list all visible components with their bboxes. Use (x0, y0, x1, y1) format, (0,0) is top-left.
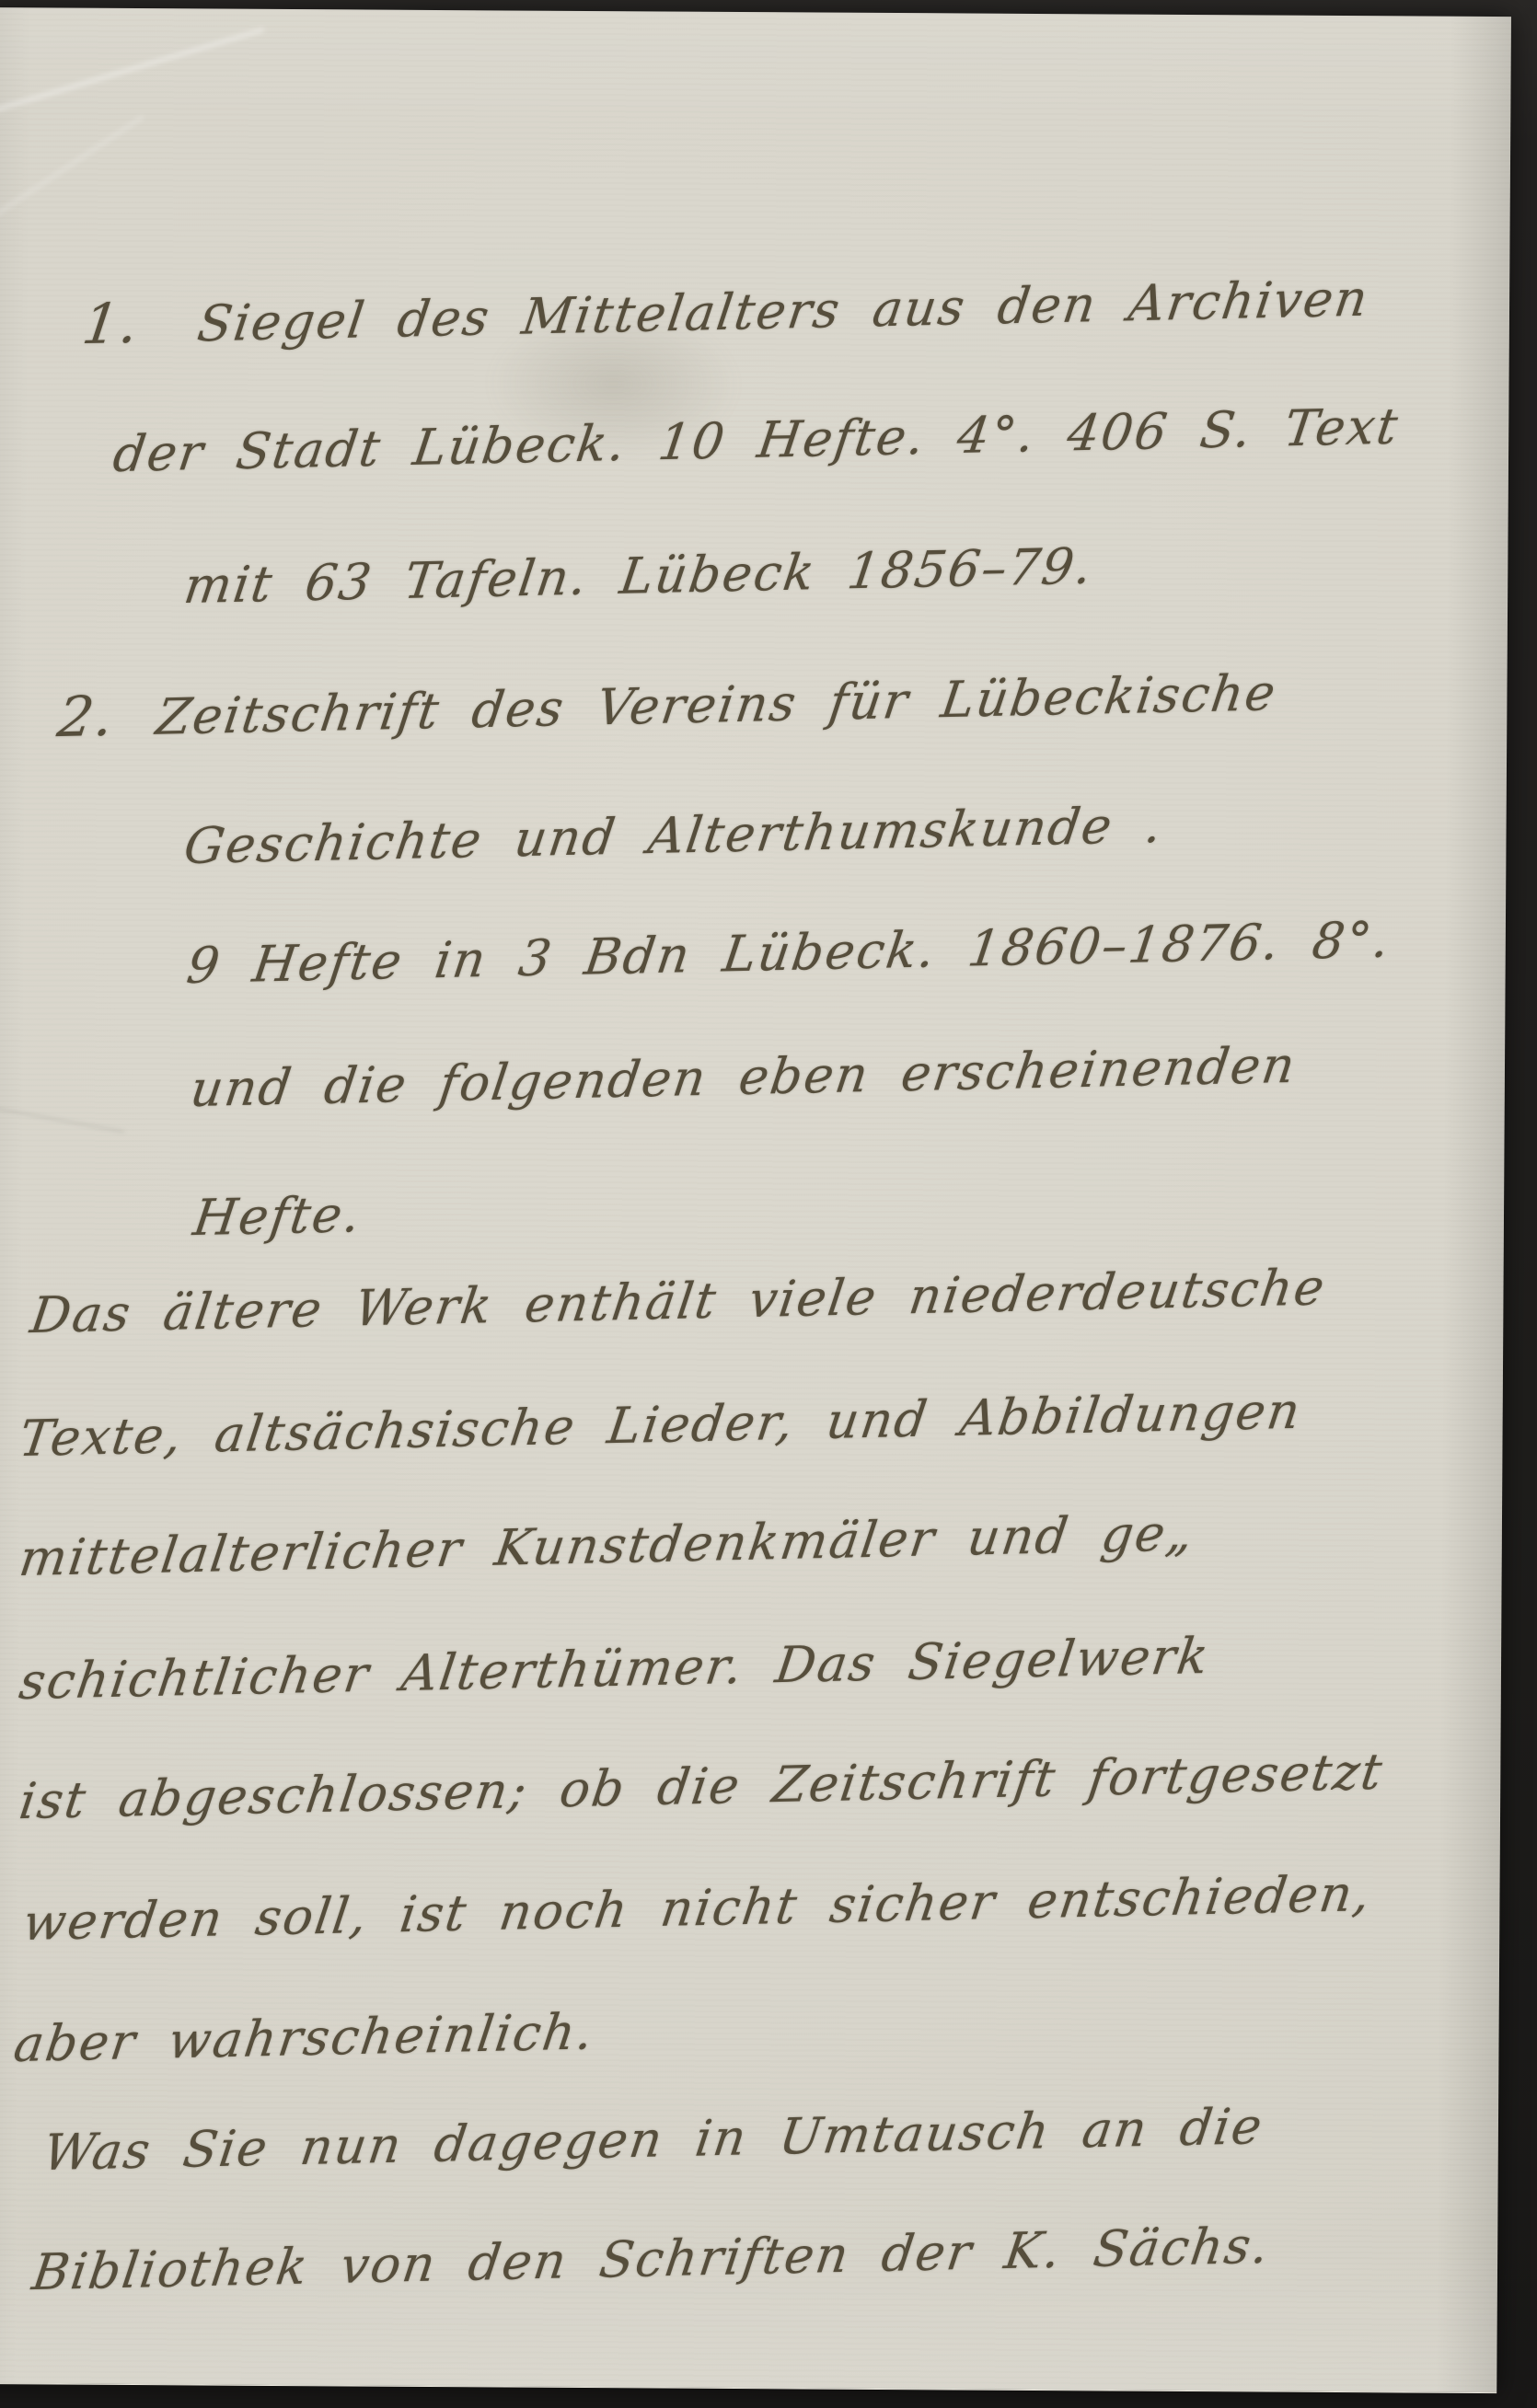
line-text: 9 Hefte in 3 Bdn Lübeck. 1860–1876. 8°. (183, 910, 1394, 995)
line-text: Das ältere Werk enthält viele niederdeut… (27, 1258, 1329, 1344)
line-text: der Stadt Lübeck. 10 Hefte. 4°. 406 S. T… (110, 397, 1403, 484)
handwritten-line: mittelalterlicher Kunstdenkmäler und ge„ (16, 1504, 1197, 1587)
line-text: Bibliothek von den Schriften der K. Säch… (29, 2217, 1274, 2302)
list-number: 2. (53, 685, 119, 751)
handwriting-layer: 1.Siegel des Mittelalters aus den Archiv… (0, 0, 1537, 2408)
handwritten-line: werden soll, ist noch nicht sicher entsc… (19, 1864, 1375, 1952)
handwritten-line: Texte, altsächsische Lieder, und Abbildu… (16, 1382, 1305, 1469)
handwritten-line: Geschichte und Alterthumskunde . (180, 796, 1167, 875)
handwritten-line: Das ältere Werk enthält viele niederdeut… (27, 1258, 1329, 1344)
line-text: Zeitschrift des Vereins für Lübeckische (153, 663, 1280, 746)
line-text: und die folgenden eben erscheinenden (187, 1036, 1300, 1118)
line-text: ist abgeschlossen; ob die Zeitschrift fo… (16, 1743, 1387, 1831)
line-text: Hefte. (190, 1185, 364, 1247)
line-text: schichtlicher Alterthümer. Das Siegelwer… (16, 1627, 1213, 1711)
list-number: 1. (78, 292, 144, 358)
handwritten-line: Bibliothek von den Schriften der K. Säch… (29, 2217, 1274, 2302)
handwritten-line: 1.Siegel des Mittelalters aus den Archiv… (78, 265, 1373, 358)
line-text: mittelalterlicher Kunstdenkmäler und ge„ (16, 1504, 1197, 1587)
line-text: Was Sie nun dagegen in Umtausch an die (40, 2097, 1266, 2182)
handwritten-line: mit 63 Tafeln. Lübeck 1856–79. (180, 536, 1097, 615)
scanned-manuscript-page: 1.Siegel des Mittelalters aus den Archiv… (0, 0, 1537, 2408)
handwritten-line: 2.Zeitschrift des Vereins für Lübeckisch… (53, 659, 1281, 750)
handwritten-line: der Stadt Lübeck. 10 Hefte. 4°. 406 S. T… (110, 397, 1403, 484)
line-text: Texte, altsächsische Lieder, und Abbildu… (16, 1382, 1305, 1469)
line-text: mit 63 Tafeln. Lübeck 1856–79. (180, 536, 1097, 615)
handwritten-line: 9 Hefte in 3 Bdn Lübeck. 1860–1876. 8°. (183, 910, 1394, 995)
line-text: aber wahrscheinlich. (10, 2002, 598, 2073)
handwritten-line: aber wahrscheinlich. (10, 2002, 598, 2073)
line-text: werden soll, ist noch nicht sicher entsc… (19, 1864, 1375, 1952)
handwritten-line: Hefte. (190, 1185, 364, 1247)
line-text: Geschichte und Alterthumskunde . (180, 796, 1167, 875)
handwritten-line: und die folgenden eben erscheinenden (187, 1036, 1300, 1118)
handwritten-line: Was Sie nun dagegen in Umtausch an die (40, 2097, 1266, 2182)
handwritten-line: schichtlicher Alterthümer. Das Siegelwer… (16, 1627, 1213, 1711)
handwritten-line: ist abgeschlossen; ob die Zeitschrift fo… (16, 1743, 1387, 1831)
line-text: Siegel des Mittelalters aus den Archiven (194, 270, 1373, 353)
